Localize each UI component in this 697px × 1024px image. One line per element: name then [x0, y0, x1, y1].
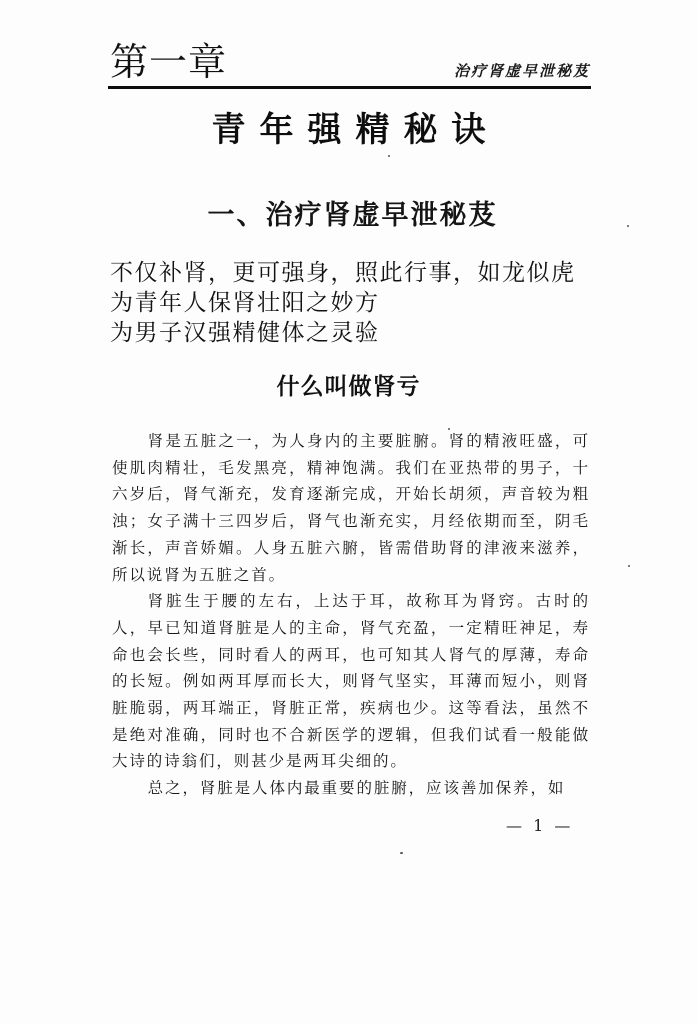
scan-speck	[400, 852, 403, 854]
book-page: 第一章 治疗肾虚早泄秘芨 青年强精秘诀 一、治疗肾虚早泄秘芨 不仅补肾，更可强身…	[0, 0, 697, 1024]
slogan-line: 不仅补肾，更可强身，照此行事，如龙似虎	[110, 258, 610, 288]
running-head: 治疗肾虚早泄秘芨	[454, 60, 590, 81]
body-text: 肾是五脏之一，为人身内的主要脏腑。肾的精液旺盛，可使肌肉精壮，毛发黑亮，精神饱满…	[112, 428, 590, 802]
scan-speck	[448, 428, 450, 430]
page-number: — 1 —	[506, 816, 573, 835]
paragraph: 总之，肾脏是人体内最重要的脏腑，应该善加保养，如	[112, 775, 590, 802]
chapter-label: 第一章	[110, 40, 227, 84]
paragraph: 肾是五脏之一，为人身内的主要脏腑。肾的精液旺盛，可使肌肉精壮，毛发黑亮，精神饱满…	[112, 428, 590, 588]
section-title: 一、治疗肾虚早泄秘芨	[0, 198, 697, 234]
header-rule	[108, 86, 591, 89]
paragraph: 肾脏生于腰的左右，上达于耳，故称耳为肾窍。古时的人，早已知道肾脏是人的主命，肾气…	[112, 588, 590, 775]
scan-speck	[627, 225, 629, 227]
scan-speck	[388, 155, 390, 157]
part-title: 青年强精秘诀	[0, 108, 697, 152]
subheading: 什么叫做肾亏	[0, 372, 697, 402]
slogan-line: 为青年人保肾壮阳之妙方	[110, 288, 610, 318]
slogan-line: 为男子汉强精健体之灵验	[110, 318, 610, 348]
scan-speck	[628, 565, 630, 567]
slogan-block: 不仅补肾，更可强身，照此行事，如龙似虎 为青年人保肾壮阳之妙方 为男子汉强精健体…	[110, 258, 610, 348]
